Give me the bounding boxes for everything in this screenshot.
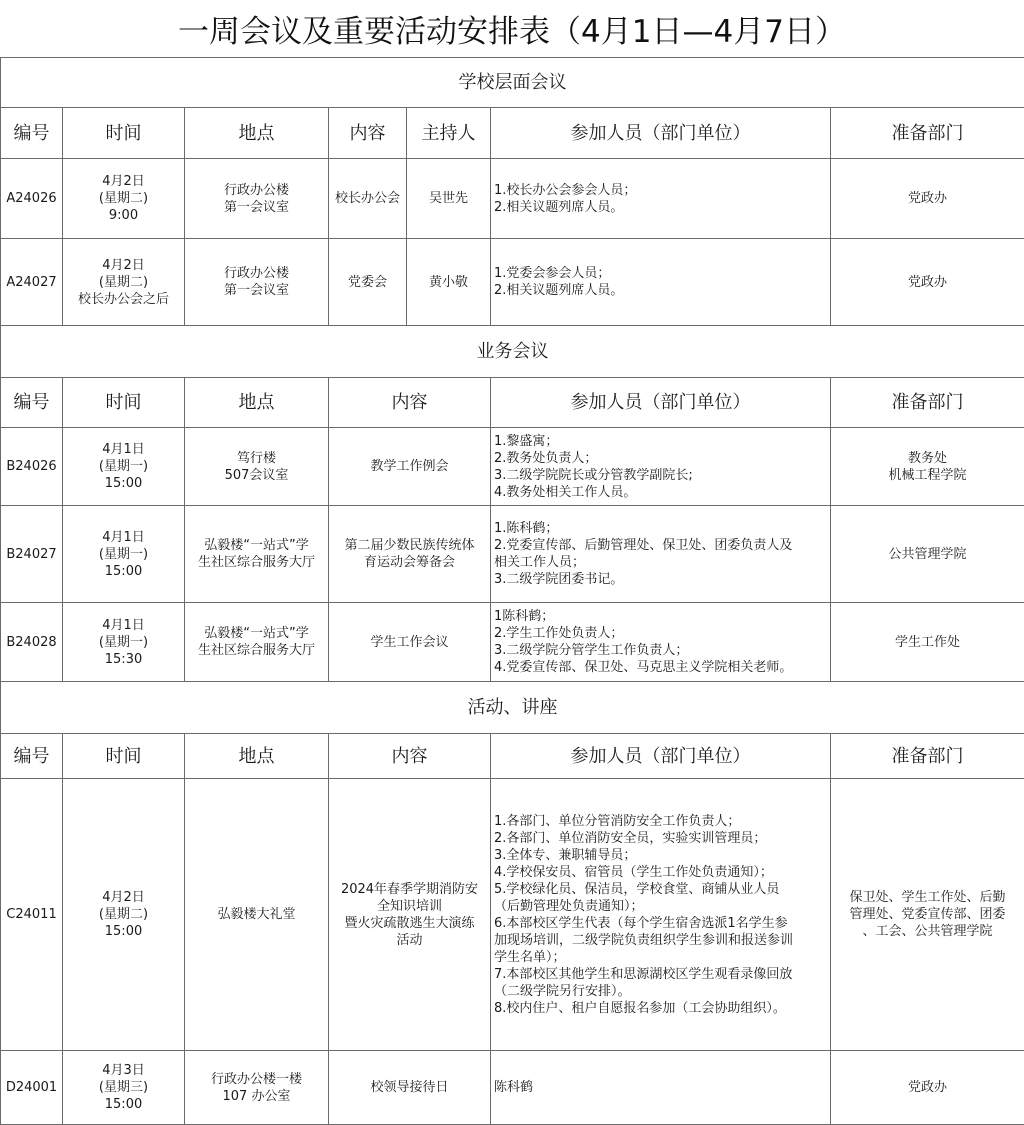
- row-content: 校领导接待日: [329, 1051, 491, 1125]
- column-header: 编号: [1, 108, 63, 159]
- column-header: 地点: [185, 734, 329, 779]
- row-host: 吴世先: [407, 159, 491, 239]
- column-header-line: 内容: [329, 748, 490, 765]
- row-prep-dept-line: 、工会、公共管理学院: [831, 923, 1024, 940]
- row-time: 4月2日(星期二)15:00: [63, 779, 185, 1051]
- column-header-line: 时间: [63, 748, 184, 765]
- row-attendees-line: 2.各部门、单位消防安全员，实验实训管理员；: [494, 830, 828, 847]
- column-header: 内容: [329, 378, 491, 428]
- row-time-line: 4月2日: [63, 173, 184, 190]
- row-time-line: 15:00: [63, 1096, 184, 1113]
- column-header-line: 时间: [63, 125, 184, 142]
- row-id-line: C24011: [1, 906, 62, 923]
- column-header: 地点: [185, 108, 329, 159]
- column-header: 地点: [185, 378, 329, 428]
- section-title: 业务会议: [1, 326, 1024, 378]
- table-row: C240114月2日(星期二)15:00弘毅楼大礼堂2024年春季学期消防安全知…: [1, 779, 1024, 1051]
- row-host: 黄小敬: [407, 239, 491, 326]
- column-header-line: 准备部门: [831, 748, 1024, 765]
- row-attendees: 1.陈科鹤；2.党委宣传部、后勤管理处、保卫处、团委负责人及相关工作人员；3.二…: [491, 506, 831, 603]
- row-attendees-line: 5.学校绿化员、保洁员，学校食堂、商铺从业人员: [494, 881, 828, 898]
- row-time-line: 4月1日: [63, 617, 184, 634]
- row-time-line: (星期一): [63, 546, 184, 563]
- section-title: 学校层面会议: [1, 58, 1024, 108]
- row-id: A24026: [1, 159, 63, 239]
- row-id-line: A24027: [1, 274, 62, 291]
- column-header: 参加人员（部门单位）: [491, 734, 831, 779]
- row-prep-dept-line: 管理处、党委宣传部、团委: [831, 906, 1024, 923]
- row-time-line: 15:00: [63, 563, 184, 580]
- row-time-line: (星期二): [63, 190, 184, 207]
- row-place: 笃行楼507会议室: [185, 428, 329, 506]
- row-id-line: B24028: [1, 634, 62, 651]
- row-prep-dept: 公共管理学院: [831, 506, 1024, 603]
- row-prep-dept-line: 党政办: [831, 190, 1024, 207]
- table-row: A240274月2日(星期二)校长办公会之后行政办公楼第一会议室党委会黄小敬1.…: [1, 239, 1024, 326]
- row-attendees: 1.校长办公会参会人员；2.相关议题列席人员。: [491, 159, 831, 239]
- column-header-line: 编号: [1, 748, 62, 765]
- row-content-line: 教学工作例会: [329, 458, 490, 475]
- column-header: 主持人: [407, 108, 491, 159]
- row-place-line: 弘毅楼“一站式”学: [185, 537, 328, 554]
- row-time-line: 15:00: [63, 923, 184, 940]
- row-time: 4月2日(星期二)校长办公会之后: [63, 239, 185, 326]
- row-time-line: 4月2日: [63, 889, 184, 906]
- section-title-line: 学校层面会议: [1, 74, 1024, 91]
- row-place: 行政办公楼第一会议室: [185, 159, 329, 239]
- row-id: B24028: [1, 603, 63, 682]
- row-attendees: 1.黎盛寓；2.教务处负责人；3.二级学院院长或分管教学副院长;4.教务处相关工…: [491, 428, 831, 506]
- row-attendees-line: 1.各部门、单位分管消防安全工作负责人；: [494, 813, 828, 830]
- row-attendees-line: 2.相关议题列席人员。: [494, 199, 828, 216]
- row-host-line: 吴世先: [407, 190, 490, 207]
- row-attendees-line: 8.校内住户、租户自愿报名参加（工会协助组织）。: [494, 1000, 828, 1017]
- row-time-line: (星期一): [63, 634, 184, 651]
- row-time-line: 4月1日: [63, 529, 184, 546]
- row-place-line: 生社区综合服务大厅: [185, 642, 328, 659]
- column-header: 内容: [329, 734, 491, 779]
- column-header: 编号: [1, 378, 63, 428]
- row-content-line: 校领导接待日: [329, 1079, 490, 1096]
- row-time-line: 9:00: [63, 207, 184, 224]
- row-attendees-line: 相关工作人员；: [494, 554, 828, 571]
- row-attendees-line: 3.二级学院分管学生工作负责人；: [494, 642, 828, 659]
- column-header-line: 参加人员（部门单位）: [491, 394, 830, 411]
- column-header-line: 地点: [185, 748, 328, 765]
- column-header-line: 参加人员（部门单位）: [491, 748, 830, 765]
- row-attendees-line: 4.党委宣传部、保卫处、马克思主义学院相关老师。: [494, 659, 828, 676]
- row-content-line: 校长办公会: [329, 190, 406, 207]
- row-time: 4月1日(星期一)15:00: [63, 428, 185, 506]
- row-content-line: 第二届少数民族传统体: [329, 537, 490, 554]
- row-id-line: A24026: [1, 190, 62, 207]
- row-prep-dept: 党政办: [831, 239, 1024, 326]
- row-prep-dept: 保卫处、学生工作处、后勤管理处、党委宣传部、团委、工会、公共管理学院: [831, 779, 1024, 1051]
- row-place-line: 第一会议室: [185, 199, 328, 216]
- row-time-line: 4月3日: [63, 1062, 184, 1079]
- row-prep-dept: 教务处机械工程学院: [831, 428, 1024, 506]
- section-title-line: 业务会议: [1, 343, 1024, 360]
- column-header: 准备部门: [831, 734, 1024, 779]
- row-prep-dept-line: 机械工程学院: [831, 467, 1024, 484]
- row-content: 党委会: [329, 239, 407, 326]
- table-row: B240284月1日(星期一)15:30弘毅楼“一站式”学生社区综合服务大厅学生…: [1, 603, 1024, 682]
- row-attendees-line: 2.教务处负责人；: [494, 450, 828, 467]
- row-id: D24001: [1, 1051, 63, 1125]
- row-content: 学生工作会议: [329, 603, 491, 682]
- row-content-line: 育运动会筹备会: [329, 554, 490, 571]
- schedule-table: 学校层面会议编号时间地点内容主持人参加人员（部门单位）准备部门A240264月2…: [0, 57, 1024, 1125]
- row-time-line: (星期二): [63, 906, 184, 923]
- section-title: 活动、讲座: [1, 682, 1024, 734]
- row-attendees-line: （后勤管理处负责通知）；: [494, 898, 828, 915]
- row-prep-dept-line: 公共管理学院: [831, 546, 1024, 563]
- row-content-line: 党委会: [329, 274, 406, 291]
- row-attendees: 陈科鹤: [491, 1051, 831, 1125]
- column-header: 参加人员（部门单位）: [491, 378, 831, 428]
- row-content-line: 2024年春季学期消防安: [329, 881, 490, 898]
- row-attendees-line: 1陈科鹤；: [494, 608, 828, 625]
- row-time: 4月1日(星期一)15:00: [63, 506, 185, 603]
- column-header-line: 主持人: [407, 125, 490, 142]
- row-attendees-line: 学生名单）；: [494, 949, 828, 966]
- table-row: A240264月2日(星期二)9:00行政办公楼第一会议室校长办公会吴世先1.校…: [1, 159, 1024, 239]
- row-time-line: 4月1日: [63, 441, 184, 458]
- row-attendees-line: 1.党委会参会人员；: [494, 265, 828, 282]
- column-header-line: 准备部门: [831, 125, 1024, 142]
- row-place-line: 第一会议室: [185, 282, 328, 299]
- column-header-line: 编号: [1, 125, 62, 142]
- section-title-line: 活动、讲座: [1, 699, 1024, 716]
- row-attendees-line: 4.教务处相关工作人员。: [494, 484, 828, 501]
- row-attendees-line: 2.党委宣传部、后勤管理处、保卫处、团委负责人及: [494, 537, 828, 554]
- row-place-line: 行政办公楼: [185, 182, 328, 199]
- row-attendees: 1.党委会参会人员；2.相关议题列席人员。: [491, 239, 831, 326]
- column-header-line: 内容: [329, 125, 406, 142]
- row-host-line: 黄小敬: [407, 274, 490, 291]
- row-place-line: 行政办公楼一楼: [185, 1071, 328, 1088]
- column-header-line: 地点: [185, 125, 328, 142]
- row-content-line: 活动: [329, 932, 490, 949]
- row-id: C24011: [1, 779, 63, 1051]
- column-header: 准备部门: [831, 378, 1024, 428]
- row-place-line: 笃行楼: [185, 450, 328, 467]
- row-id-line: D24001: [1, 1079, 62, 1096]
- column-header-row: 编号时间地点内容参加人员（部门单位）准备部门: [1, 734, 1024, 779]
- column-header: 参加人员（部门单位）: [491, 108, 831, 159]
- row-prep-dept: 学生工作处: [831, 603, 1024, 682]
- row-prep-dept-line: 党政办: [831, 1079, 1024, 1096]
- row-place: 弘毅楼大礼堂: [185, 779, 329, 1051]
- column-header: 编号: [1, 734, 63, 779]
- row-id: A24027: [1, 239, 63, 326]
- row-place-line: 行政办公楼: [185, 265, 328, 282]
- row-attendees-line: 2.学生工作处负责人；: [494, 625, 828, 642]
- row-time-line: (星期三): [63, 1079, 184, 1096]
- row-place: 弘毅楼“一站式”学生社区综合服务大厅: [185, 506, 329, 603]
- column-header: 准备部门: [831, 108, 1024, 159]
- row-time-line: 15:00: [63, 475, 184, 492]
- column-header-line: 内容: [329, 394, 490, 411]
- column-header-line: 准备部门: [831, 394, 1024, 411]
- row-place-line: 107 办公室: [185, 1088, 328, 1105]
- column-header-row: 编号时间地点内容参加人员（部门单位）准备部门: [1, 378, 1024, 428]
- column-header-line: 编号: [1, 394, 62, 411]
- row-time-line: 15:30: [63, 651, 184, 668]
- row-prep-dept-line: 教务处: [831, 450, 1024, 467]
- section-title-row: 活动、讲座: [1, 682, 1024, 734]
- row-time-line: 4月2日: [63, 257, 184, 274]
- row-place-line: 弘毅楼“一站式”学: [185, 625, 328, 642]
- row-attendees: 1.各部门、单位分管消防安全工作负责人；2.各部门、单位消防安全员，实验实训管理…: [491, 779, 831, 1051]
- row-id: B24026: [1, 428, 63, 506]
- row-time-line: (星期一): [63, 458, 184, 475]
- row-prep-dept-line: 党政办: [831, 274, 1024, 291]
- row-place: 行政办公楼第一会议室: [185, 239, 329, 326]
- row-place-line: 507会议室: [185, 467, 328, 484]
- row-attendees-line: 4.学校保安员、宿管员（学生工作处负责通知）；: [494, 864, 828, 881]
- row-attendees-line: 7.本部校区其他学生和思源湖校区学生观看录像回放: [494, 966, 828, 983]
- row-prep-dept: 党政办: [831, 1051, 1024, 1125]
- row-content-line: 暨火灾疏散逃生大演练: [329, 915, 490, 932]
- schedule-page: 一周会议及重要活动安排表（4月1日—4月7日） 学校层面会议编号时间地点内容主持…: [0, 0, 1024, 1125]
- row-attendees-line: 3.全体专、兼职辅导员；: [494, 847, 828, 864]
- row-content: 2024年春季学期消防安全知识培训暨火灾疏散逃生大演练活动: [329, 779, 491, 1051]
- page-title: 一周会议及重要活动安排表（4月1日—4月7日）: [0, 0, 1024, 57]
- row-attendees-line: 3.二级学院院长或分管教学副院长;: [494, 467, 828, 484]
- table-row: B240264月1日(星期一)15:00笃行楼507会议室教学工作例会1.黎盛寓…: [1, 428, 1024, 506]
- row-content: 教学工作例会: [329, 428, 491, 506]
- row-content: 校长办公会: [329, 159, 407, 239]
- section-title-row: 学校层面会议: [1, 58, 1024, 108]
- row-content-line: 学生工作会议: [329, 634, 490, 651]
- row-place-line: 生社区综合服务大厅: [185, 554, 328, 571]
- row-content: 第二届少数民族传统体育运动会筹备会: [329, 506, 491, 603]
- row-id-line: B24027: [1, 546, 62, 563]
- column-header: 内容: [329, 108, 407, 159]
- column-header-row: 编号时间地点内容主持人参加人员（部门单位）准备部门: [1, 108, 1024, 159]
- row-prep-dept-line: 保卫处、学生工作处、后勤: [831, 889, 1024, 906]
- row-place-line: 弘毅楼大礼堂: [185, 906, 328, 923]
- column-header: 时间: [63, 108, 185, 159]
- column-header-line: 参加人员（部门单位）: [491, 125, 830, 142]
- column-header: 时间: [63, 734, 185, 779]
- row-prep-dept-line: 学生工作处: [831, 634, 1024, 651]
- row-attendees-line: 1.陈科鹤；: [494, 520, 828, 537]
- row-time-line: (星期二): [63, 274, 184, 291]
- table-row: D240014月3日(星期三)15:00行政办公楼一楼107 办公室校领导接待日…: [1, 1051, 1024, 1125]
- row-time: 4月3日(星期三)15:00: [63, 1051, 185, 1125]
- row-content-line: 全知识培训: [329, 898, 490, 915]
- row-attendees-line: 1.校长办公会参会人员；: [494, 182, 828, 199]
- row-attendees-line: 陈科鹤: [494, 1079, 828, 1096]
- column-header: 时间: [63, 378, 185, 428]
- row-attendees-line: 3.二级学院团委书记。: [494, 571, 828, 588]
- row-attendees-line: 加现场培训，二级学院负责组织学生参训和报送参训: [494, 932, 828, 949]
- row-place: 行政办公楼一楼107 办公室: [185, 1051, 329, 1125]
- row-attendees-line: 1.黎盛寓；: [494, 433, 828, 450]
- row-attendees-line: （二级学院另行安排）。: [494, 983, 828, 1000]
- row-id-line: B24026: [1, 458, 62, 475]
- row-attendees-line: 2.相关议题列席人员。: [494, 282, 828, 299]
- row-prep-dept: 党政办: [831, 159, 1024, 239]
- row-id: B24027: [1, 506, 63, 603]
- row-attendees: 1陈科鹤；2.学生工作处负责人；3.二级学院分管学生工作负责人；4.党委宣传部、…: [491, 603, 831, 682]
- row-time: 4月2日(星期二)9:00: [63, 159, 185, 239]
- column-header-line: 地点: [185, 394, 328, 411]
- table-row: B240274月1日(星期一)15:00弘毅楼“一站式”学生社区综合服务大厅第二…: [1, 506, 1024, 603]
- row-place: 弘毅楼“一站式”学生社区综合服务大厅: [185, 603, 329, 682]
- section-title-row: 业务会议: [1, 326, 1024, 378]
- row-time-line: 校长办公会之后: [63, 291, 184, 308]
- row-time: 4月1日(星期一)15:30: [63, 603, 185, 682]
- column-header-line: 时间: [63, 394, 184, 411]
- row-attendees-line: 6.本部校区学生代表（每个学生宿舍选派1名学生参: [494, 915, 828, 932]
